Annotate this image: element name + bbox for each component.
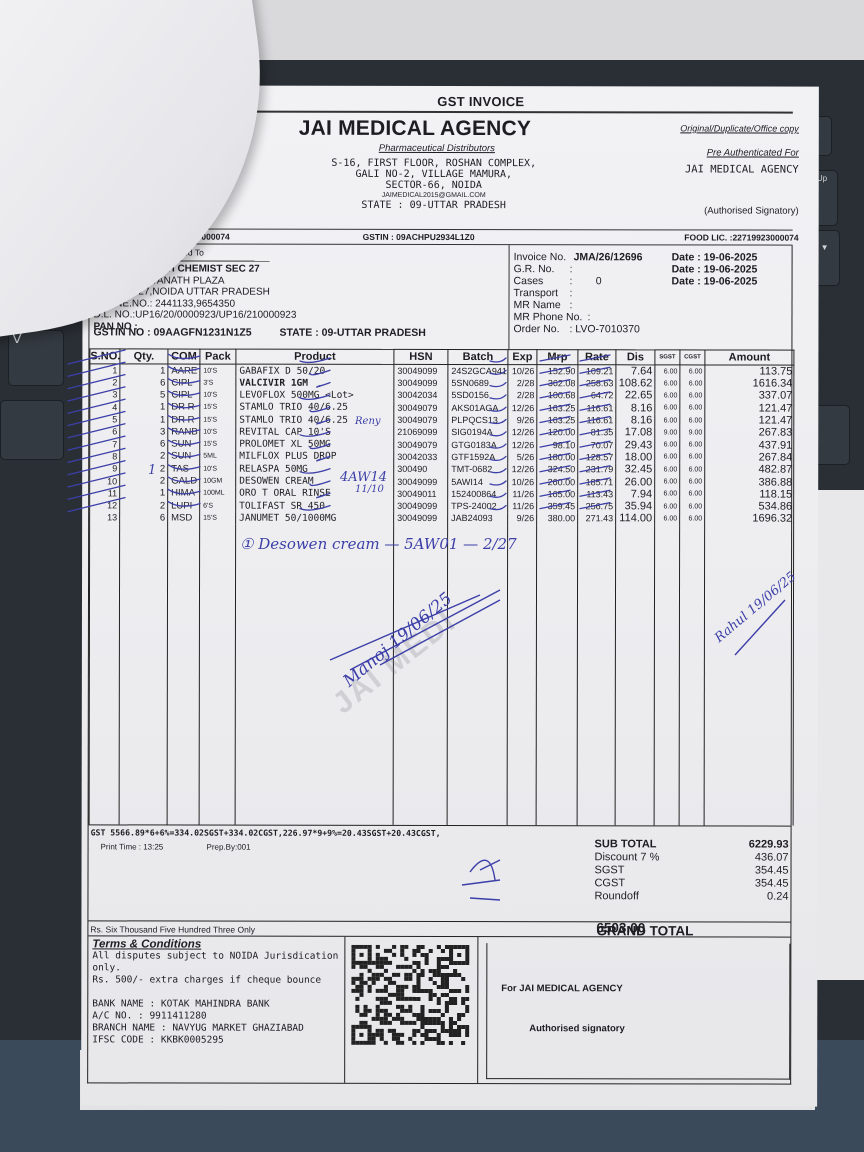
sno-cell: 12 <box>90 499 120 511</box>
product-cell: MILFLOX PLUS DROP <box>236 450 394 463</box>
header-sno: S.NO. <box>90 349 120 364</box>
pack-cell: 3'S <box>200 377 236 389</box>
cases-value: : 0 <box>570 275 602 287</box>
company-cell: LUPI <box>168 499 200 511</box>
table-header-row: S.NO. Qty. COM Pack Product HSN Batch Ex… <box>90 349 794 365</box>
company-cell: GALD <box>168 475 200 487</box>
exp-cell: 12/26 <box>508 463 537 475</box>
amount-cell: 267.84 <box>705 451 794 463</box>
sno-cell: 1 <box>90 364 120 377</box>
pack-cell: 15'S <box>200 413 236 425</box>
hsn-cell: 21069099 <box>394 426 448 438</box>
product-cell: JANUMET 50/1000MG <box>236 512 394 525</box>
amount-cell: 534.86 <box>705 500 794 512</box>
sno-cell: 10 <box>90 475 120 487</box>
qty-cell: 3 <box>120 426 168 438</box>
address-line: GALI NO-2, VILLAGE MAMURA, <box>304 169 564 180</box>
company-cell: DR R <box>168 413 200 425</box>
sno-cell: 6 <box>90 426 120 438</box>
discount-cell: 114.00 <box>616 513 655 525</box>
pack-cell: 10'S <box>200 426 236 438</box>
terms-line: Rs. 500/- extra charges if cheque bounce <box>92 974 342 986</box>
copy-label: Original/Duplicate/Office copy <box>680 123 799 133</box>
handwritten-batch-note-2: 11/10 <box>355 484 384 495</box>
agency-email: JAIMEDICAL2015@GMAIL.COM <box>304 191 564 200</box>
order-info: Invoice No.JMA/26/12696Date : 19-06-2025… <box>513 251 793 335</box>
header-batch: Batch <box>448 349 508 364</box>
hsn-cell: 30049079 <box>394 414 448 426</box>
sno-cell: 3 <box>90 389 120 401</box>
header-com: COM <box>168 349 200 364</box>
rate-cell: 258.63 <box>578 377 616 389</box>
sno-cell: 11 <box>90 487 120 499</box>
qty-cell: 1 <box>120 487 168 499</box>
sgst-cell: 6.00 <box>655 451 680 463</box>
discount-cell: 35.94 <box>616 500 655 512</box>
sno-cell: 7 <box>90 438 120 450</box>
batch-cell: AKS01AGA <box>448 402 508 414</box>
handwritten-qty-correction: 1 <box>148 463 156 478</box>
gr-date: Date : 19-06-2025 <box>672 263 758 275</box>
empty-cell <box>89 524 120 824</box>
sgst-cell: 6.00 <box>655 488 680 500</box>
signatory-box: For JAI MEDICAL AGENCY Authorised signat… <box>486 943 790 1080</box>
sno-cell: 9 <box>90 462 120 474</box>
header-amount: Amount <box>705 350 794 365</box>
empty-cell <box>507 525 537 825</box>
rate-cell: 64.72 <box>578 390 616 402</box>
sgst-label: SGST <box>595 864 625 876</box>
amount-cell: 267.83 <box>705 427 794 439</box>
handwritten-batch-note: 4AW14 <box>340 470 387 485</box>
cgst-label: CGST <box>594 877 625 889</box>
batch-cell: TMT-0682 <box>448 463 508 475</box>
exp-cell: 12/26 <box>508 439 537 451</box>
document-title: GST INVOICE <box>169 94 793 110</box>
qty-cell: 6 <box>120 438 168 450</box>
hsn-cell: 30049099 <box>394 512 448 524</box>
hsn-cell: 300490 <box>394 463 448 475</box>
mr-phone-value: : <box>587 311 590 323</box>
cgst-cell: 6.00 <box>680 377 705 389</box>
empty-cell <box>119 524 168 824</box>
exp-cell: 11/26 <box>508 488 537 500</box>
food-licence: FOOD LIC. :22719923000074 <box>684 232 798 242</box>
batch-cell: 152400864 <box>448 488 508 500</box>
pack-cell: 100ML <box>200 487 236 499</box>
pack-cell: 15'S <box>200 512 236 524</box>
qty-cell: 6 <box>120 512 168 524</box>
product-cell: GABAFIX D 50/20 <box>236 364 394 377</box>
summary-section: GST 5566.89*6+6%=334.02SGST+334.02CGST,2… <box>88 824 790 921</box>
discount-cell: 32.45 <box>616 463 655 475</box>
empty-cell <box>577 525 616 825</box>
agency-subtitle: Pharmaceutical Distributors <box>379 143 495 154</box>
header-cgst: CGST <box>680 350 705 365</box>
mr-name-label: MR Name <box>513 299 560 311</box>
mrp-cell: 359.45 <box>537 500 578 512</box>
handwritten-note: ① Desowen cream — 5AW01 — 2/27 <box>240 535 517 553</box>
product-cell: PROLOMET XL 50MG <box>236 438 394 451</box>
mrp-cell: 163.25 <box>537 414 578 426</box>
discount-cell: 26.00 <box>616 476 655 488</box>
pack-cell: 15'S <box>200 438 236 450</box>
company-cell: SUN <box>168 438 200 450</box>
amount-cell: 118.15 <box>705 488 794 500</box>
order-no-label: Order No. <box>513 323 559 335</box>
hsn-cell: 30049011 <box>394 488 448 500</box>
mr-phone-label: MR Phone No. <box>513 311 582 323</box>
pre-auth-agency: JAI MEDICAL AGENCY <box>685 163 799 175</box>
amount-in-words-row: Rs. Six Thousand Five Hundred Three Only… <box>88 920 790 937</box>
sgst-cell: 6.00 <box>655 476 680 488</box>
cgst-cell: 6.00 <box>680 476 705 488</box>
discount-label: Discount 7 % <box>595 851 660 863</box>
for-agency: For JAI MEDICAL AGENCY <box>501 983 622 994</box>
amount-cell: 337.07 <box>705 390 794 402</box>
discount-cell: 18.00 <box>616 451 655 463</box>
sno-cell: 8 <box>90 450 120 462</box>
exp-cell: 10/26 <box>508 475 537 487</box>
empty-cell <box>447 525 508 825</box>
hsn-cell: 30049099 <box>394 364 448 377</box>
invoice-no: JMA/26/12696 <box>574 251 643 263</box>
discount-cell: 7.64 <box>616 365 655 378</box>
batch-cell: 5SN0689 <box>448 377 508 389</box>
amount-cell: 1696.32 <box>705 513 794 525</box>
product-cell: LEVOFLOX 500MG <Lot> <box>236 389 394 402</box>
rate-cell: 271.43 <box>578 512 616 524</box>
terms-and-bank: Terms & Conditions All disputes subject … <box>92 938 342 1046</box>
company-cell: RANB <box>168 426 200 438</box>
cgst-cell: 6.00 <box>680 488 705 500</box>
table-filler <box>89 524 794 825</box>
header-sgst: SGST <box>655 350 680 365</box>
mrp-cell: 120.00 <box>537 426 578 438</box>
header-pack: Pack <box>200 349 236 364</box>
footer-section: Terms & Conditions All disputes subject … <box>88 936 790 1083</box>
company-cell: DR R <box>168 401 200 413</box>
gst-breakup: GST 5566.89*6+6%=334.02SGST+334.02CGST,2… <box>91 827 441 838</box>
agency-state: STATE : 09-UTTAR PRADESH <box>304 200 564 211</box>
cgst-cell: 6.00 <box>680 365 705 378</box>
cgst-cell: 6.00 <box>680 390 705 402</box>
invoice-no-label: Invoice No. <box>514 251 567 263</box>
qty-cell: 1 <box>120 413 168 425</box>
amount-cell: 121.47 <box>705 402 794 414</box>
mr-name-value: : <box>569 299 572 311</box>
cgst-cell: 6.00 <box>680 451 705 463</box>
invoice-date: Date : 19-06-2025 <box>672 251 758 263</box>
empty-cell <box>704 525 794 825</box>
exp-cell: 5/26 <box>508 451 537 463</box>
receiver-line: SECTOR-27,NOIDA UTTAR PRADESH <box>94 286 505 298</box>
sgst-cell: 6.00 <box>655 463 680 475</box>
qty-cell: 2 <box>120 499 168 511</box>
discount: 436.07 <box>755 851 789 864</box>
header-hsn: HSN <box>394 349 448 364</box>
batch-cell: PLPQCS13 <box>448 414 508 426</box>
company-cell: AARE <box>168 364 200 377</box>
discount-cell: 17.08 <box>616 426 655 438</box>
mrp-cell: 165.00 <box>537 488 578 500</box>
empty-cell <box>679 525 705 825</box>
exp-cell: 10/26 <box>508 365 537 378</box>
mrp-cell: 98.10 <box>537 439 578 451</box>
exp-cell: 12/26 <box>508 402 537 414</box>
mrp-cell: 380.00 <box>537 512 578 524</box>
transport-value: : <box>570 287 573 299</box>
rate-cell: 128.57 <box>578 451 616 463</box>
amount-in-words: Rs. Six Thousand Five Hundred Three Only <box>90 924 255 934</box>
empty-cell <box>654 525 680 825</box>
empty-cell <box>167 524 200 824</box>
hsn-cell: 30049079 <box>394 438 448 450</box>
sgst-cell: 6.00 <box>655 377 680 389</box>
pack-cell: 10'S <box>200 463 236 475</box>
print-time: Print Time : 13:25 <box>101 842 164 851</box>
company-cell: TAS <box>168 463 200 475</box>
bank-line: BRANCH NAME : NAVYUG MARKET GHAZIABAD <box>92 1022 342 1034</box>
cgst-cell: 6.00 <box>680 500 705 512</box>
prepared-by: Prep.By:001 <box>207 842 251 851</box>
header-dis: Dis <box>616 350 655 365</box>
rate-cell: 256.75 <box>578 500 616 512</box>
pack-cell: 5ML <box>200 450 236 462</box>
qty-cell: 2 <box>120 475 168 487</box>
mrp-cell: 180.00 <box>537 451 578 463</box>
roundoff-label: Roundoff <box>594 890 638 902</box>
discount-cell: 8.16 <box>616 402 655 414</box>
batch-cell: 5SD0156 <box>448 389 508 401</box>
paper-edge <box>815 490 864 980</box>
sgst-cell: 6.00 <box>655 439 680 451</box>
gr-no-label: G.R. No. <box>514 263 555 275</box>
product-cell: TOLIFAST SR 450 <box>236 500 394 513</box>
table-row: 102GALD10GMDESOWEN CREAM300490995AWI1410… <box>90 475 794 489</box>
hsn-cell: 30042033 <box>394 451 448 463</box>
authorised-signatory: Authorised signatory <box>529 1023 625 1034</box>
hsn-cell: 30049099 <box>394 377 448 389</box>
header-qty: Qty. <box>120 349 168 364</box>
exp-cell: 9/26 <box>508 512 537 524</box>
pack-cell: 6'S <box>200 500 236 512</box>
hsn-cell: 30049099 <box>394 500 448 512</box>
receiver-line: D.L. NO.:UP16/20/0000923/UP16/210000923 <box>93 309 504 321</box>
exp-cell: 12/26 <box>508 426 537 438</box>
sgst-cell: 9.00 <box>655 427 680 439</box>
batch-cell: 24S2GCA941 <box>448 364 508 377</box>
sgst-cell: 6.00 <box>655 365 680 378</box>
gr-no: : <box>570 263 573 275</box>
empty-cell <box>199 524 236 824</box>
amount-cell: 482.87 <box>705 464 794 476</box>
exp-cell: 2/28 <box>508 377 537 389</box>
receiver-section: Details of Receiver | Billed To M/s NEEL… <box>89 244 791 349</box>
sgst-total: 354.45 <box>755 864 789 877</box>
pack-cell: 10'S <box>200 389 236 401</box>
cgst-cell: 9.00 <box>680 427 705 439</box>
batch-cell: 5AWI14 <box>448 475 508 487</box>
empty-cell <box>615 525 655 825</box>
cases-label: Cases <box>514 275 544 287</box>
company-cell: MSD <box>168 512 200 524</box>
agency-address: S-16, FIRST FLOOR, ROSHAN COMPLEX, GALI … <box>304 158 564 211</box>
qty-cell: 6 <box>120 376 168 388</box>
sgst-cell: 6.00 <box>655 500 680 512</box>
discount-cell: 108.62 <box>616 377 655 389</box>
mrp-cell: 324.50 <box>537 463 578 475</box>
product-cell: REVITAL CAP 10'S <box>236 426 394 439</box>
rate-cell: 185.71 <box>578 476 616 488</box>
cgst-cell: 6.00 <box>680 463 705 475</box>
cgst-cell: 6.00 <box>680 439 705 451</box>
table-row: 11AARE10'SGABAFIX D 50/203004909924S2GCA… <box>90 364 794 378</box>
batch-cell: SIG0194A <box>448 426 508 438</box>
mrp-cell: 152.90 <box>537 365 578 378</box>
batch-cell: GTF1592A <box>448 451 508 463</box>
rate-cell: 116.61 <box>578 414 616 426</box>
batch-cell: TPS-24002 <box>448 500 508 512</box>
qty-cell: 2 <box>120 463 168 475</box>
header-product: Product <box>236 349 394 364</box>
header-mrp: Mrp <box>537 350 578 365</box>
header-exp: Exp <box>508 350 537 365</box>
rate-cell: 231.79 <box>578 463 616 475</box>
sno-cell: 5 <box>90 413 120 425</box>
product-cell: VALCIVIR 1GM <box>236 377 394 390</box>
sub-total: 6229.93 <box>749 838 789 851</box>
sgst-cell: 6.00 <box>655 402 680 414</box>
amount-cell: 113.75 <box>705 365 794 378</box>
exp-cell: 11/26 <box>508 500 537 512</box>
hsn-cell: 30049099 <box>394 475 448 487</box>
grand-total: 6503.00 <box>596 920 788 935</box>
rate-cell: 113.43 <box>578 488 616 500</box>
bank-line: IFSC CODE : KKBK0005295 <box>92 1034 342 1046</box>
address-line: SECTOR-66, NOIDA <box>304 180 564 191</box>
keyboard-key <box>0 400 64 460</box>
roundoff: 0.24 <box>767 890 788 903</box>
table-row: 63RANB10'SREVITAL CAP 10'S21069099SIG019… <box>90 426 794 440</box>
handwritten-revital-note: Reny <box>355 416 381 427</box>
pack-cell: 15'S <box>200 401 236 413</box>
cgst-total: 354.45 <box>755 877 789 890</box>
exp-cell: 2/28 <box>508 389 537 401</box>
sno-cell: 2 <box>90 376 120 388</box>
batch-cell: GTG0183A <box>448 438 508 450</box>
rate-cell: 116.61 <box>578 402 616 414</box>
exp-cell: 9/26 <box>508 414 537 426</box>
qr-cell <box>344 936 478 1082</box>
agency-gstin: GSTIN : 09ACHPU2934L1Z0 <box>363 232 475 242</box>
discount-cell: 7.94 <box>616 488 655 500</box>
qr-code-icon <box>351 944 469 1044</box>
cases-date: Date : 19-06-2025 <box>672 275 758 287</box>
order-no: : LVO-7010370 <box>569 323 639 335</box>
sno-cell: 4 <box>90 401 120 413</box>
cgst-cell: 6.00 <box>680 414 705 426</box>
bank-line: A/C NO. : 9911411280 <box>92 1010 342 1022</box>
totals: SUB TOTAL6229.93 Discount 7 %436.07 SGST… <box>594 838 788 903</box>
sgst-cell: 6.00 <box>655 513 680 525</box>
cgst-cell: 6.00 <box>680 402 705 414</box>
receiver-state: STATE : 09-UTTAR PRADESH <box>279 327 425 339</box>
amount-cell: 1616.34 <box>705 377 794 389</box>
amount-cell: 121.47 <box>705 414 794 426</box>
pre-authenticated-label: Pre Authenticated For <box>707 147 799 158</box>
qty-cell: 1 <box>120 364 168 377</box>
company-cell: SUN <box>168 450 200 462</box>
company-cell: CIPL <box>168 389 200 401</box>
discount-cell: 22.65 <box>616 390 655 402</box>
invoice-body: Details of Receiver | Billed To M/s NEEL… <box>87 244 792 1084</box>
receiver-gstin: GSTIN NO : 09AAGFN1231N1Z5 <box>93 326 251 338</box>
product-cell: STAMLO TRIO 40/6.25 <box>236 401 394 414</box>
pack-cell: 10'S <box>200 364 236 377</box>
mrp-cell: 260.00 <box>537 476 578 488</box>
terms-line: All disputes subject to NOIDA Jurisdicat… <box>92 950 342 974</box>
rate-cell: 81.35 <box>578 426 616 438</box>
authorised-signatory-top: (Authorised Signatory) <box>704 205 799 216</box>
mrp-cell: 163.25 <box>537 402 578 414</box>
v-key: V <box>8 330 64 386</box>
amount-cell: 386.88 <box>705 476 794 488</box>
items-table: S.NO. Qty. COM Pack Product HSN Batch Ex… <box>89 348 795 825</box>
mrp-cell: 100.68 <box>537 389 578 401</box>
sub-total-label: SUB TOTAL <box>595 838 657 850</box>
amount-cell: 437.91 <box>705 439 794 451</box>
qty-cell: 1 <box>120 401 168 413</box>
terms-title: Terms & Conditions <box>92 938 342 950</box>
header-rate: Rate <box>578 350 616 365</box>
company-cell: CIPL <box>168 377 200 389</box>
qty-cell: 2 <box>120 450 168 462</box>
bank-line: BANK NAME : KOTAK MAHINDRA BANK <box>92 998 342 1010</box>
batch-cell: JAB24093 <box>448 512 508 524</box>
address-line: S-16, FIRST FLOOR, ROSHAN COMPLEX, <box>304 158 564 169</box>
sgst-cell: 6.00 <box>655 414 680 426</box>
discount-cell: 8.16 <box>616 414 655 426</box>
discount-cell: 29.43 <box>616 439 655 451</box>
hsn-cell: 30042034 <box>394 389 448 401</box>
pack-cell: 10GM <box>200 475 236 487</box>
rate-cell: 70.07 <box>578 439 616 451</box>
receiver-line: PHONE.NO.: 2441133,9654350 <box>93 298 504 310</box>
mrp-cell: 362.08 <box>537 377 578 389</box>
qty-cell: 5 <box>120 389 168 401</box>
agency-name: JAI MEDICAL AGENCY <box>299 117 531 141</box>
empty-cell <box>536 525 578 825</box>
company-cell: HIMA <box>168 487 200 499</box>
hsn-cell: 30049079 <box>394 401 448 413</box>
sgst-cell: 6.00 <box>655 390 680 402</box>
rate-cell: 109.21 <box>578 365 616 378</box>
cgst-cell: 6.00 <box>680 513 705 525</box>
transport-label: Transport <box>514 287 559 299</box>
sno-cell: 13 <box>90 512 120 524</box>
